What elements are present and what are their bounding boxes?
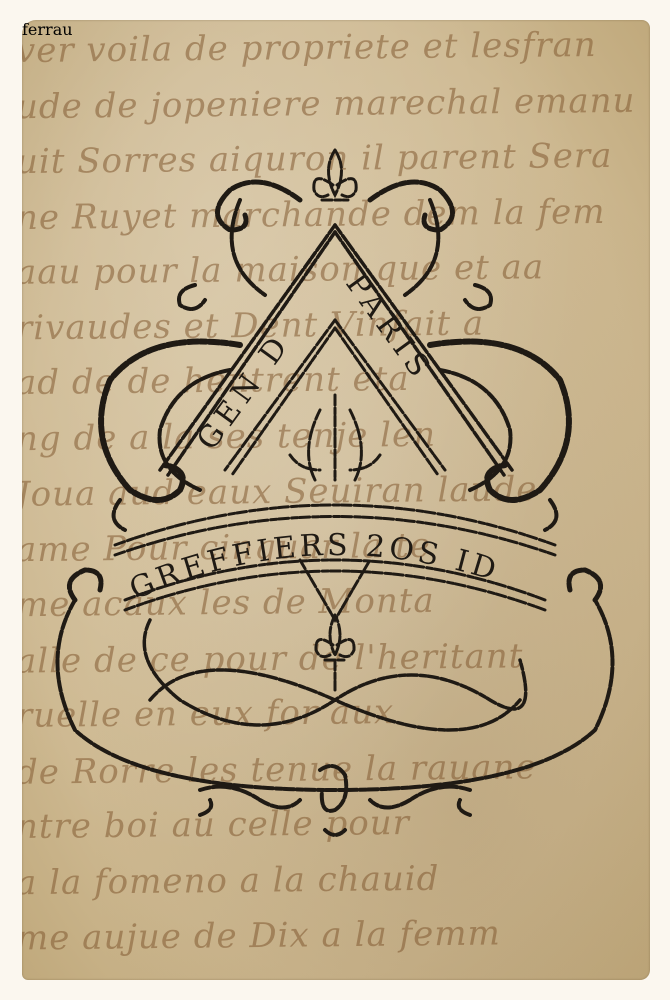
svg-text:PARIS: PARIS bbox=[339, 267, 440, 388]
fleur-de-lis-icon bbox=[314, 150, 356, 200]
ornamental-stamp: GEN D PARIS GREFFIERS 2OS ID bbox=[0, 0, 670, 1000]
stamp-banner-text: GREFFIERS 2OS ID bbox=[125, 528, 504, 607]
fleur-de-lis-icon bbox=[316, 615, 354, 690]
